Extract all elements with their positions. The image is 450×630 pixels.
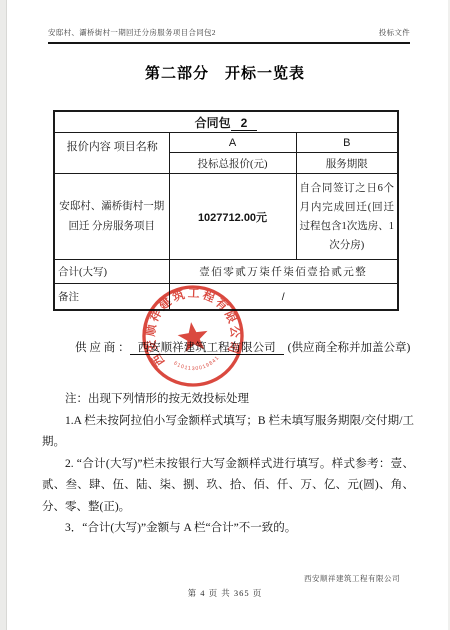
seal-number-text: 6101130019841 bbox=[172, 354, 222, 375]
total-label-cell: 合计(大写) bbox=[54, 260, 169, 284]
supplier-note: (供应商全称并加盖公章) bbox=[288, 342, 411, 354]
remark-label-cell: 备注 bbox=[54, 284, 169, 311]
table-row-package: 合同包2 bbox=[54, 111, 398, 133]
svg-text:6101130019841: 6101130019841 bbox=[172, 354, 222, 375]
column-a-subheader: 投标总报价(元) bbox=[169, 153, 296, 174]
notes-section: 注：出现下列情形的按无效投标处理 1.A 栏未按阿拉伯小写金额样式填写；B 栏未… bbox=[42, 389, 414, 540]
supplier-name: 西安顺祥建筑工程有限公司 bbox=[130, 342, 284, 355]
supplier-label: 供 应 商 ： bbox=[75, 342, 130, 354]
project-name-cell: 安邸村、灞桥街村一期回迁 分房服务项目 bbox=[54, 174, 169, 260]
document-header: 安邸村、灞桥街村一期回迁分房服务项目合同包2 投标文件 bbox=[48, 27, 410, 44]
column-a-header: A bbox=[169, 133, 296, 153]
note-item-3: 3．“合计(大写)”金额与 A 栏“合计”不一致的。 bbox=[42, 518, 414, 540]
total-value-cell: 壹佰零贰万柒仟柒佰壹拾贰元整 bbox=[169, 260, 398, 284]
row-header-quote-content: 报价内容 项目名称 bbox=[54, 133, 169, 174]
table-row-remark: 备注 / bbox=[54, 284, 398, 311]
service-period-cell: 自合同签订之日6个月内完成回迁(回迁过程包含1次选房、1次分房) bbox=[296, 174, 398, 260]
header-project-title: 安邸村、灞桥街村一期回迁分房服务项目合同包2 bbox=[48, 27, 216, 38]
footer-page-number: 第 4 页 共 365 页 bbox=[0, 587, 450, 599]
note-item-2: 2. “合计(大写)”栏未按银行大写金额样式进行填写。样式参考：壹、贰、叁、肆、… bbox=[42, 454, 414, 519]
table-row-total: 合计(大写) 壹佰零贰万柒仟柒佰壹拾贰元整 bbox=[54, 260, 398, 284]
package-label: 合同包 bbox=[195, 116, 231, 130]
bid-price-cell: 1027712.00元 bbox=[169, 174, 296, 260]
page-edge-shadow bbox=[0, 0, 7, 630]
note-item-1: 1.A 栏未按阿拉伯小写金额样式填写；B 栏未填写服务期限/交付期/工期。 bbox=[42, 411, 414, 454]
footer-company-name: 西安顺祥建筑工程有限公司 bbox=[304, 573, 400, 584]
supplier-line: 供 应 商 ：西安顺祥建筑工程有限公司(供应商全称并加盖公章) bbox=[75, 339, 410, 355]
column-b-subheader: 服务期限 bbox=[296, 153, 398, 174]
package-number: 2 bbox=[231, 116, 258, 131]
note-intro: 注：出现下列情形的按无效投标处理 bbox=[42, 389, 414, 411]
table-row-project: 安邸村、灞桥街村一期回迁 分房服务项目 1027712.00元 自合同签订之日6… bbox=[54, 174, 398, 260]
package-cell: 合同包2 bbox=[54, 111, 398, 133]
page-title: 第二部分 开标一览表 bbox=[0, 62, 450, 83]
bid-opening-table: 合同包2 报价内容 项目名称 A B 投标总报价(元) 服务期限 安邸村、灞桥街… bbox=[53, 110, 399, 311]
remark-value-cell: / bbox=[169, 284, 398, 311]
table-row-columns: 报价内容 项目名称 A B bbox=[54, 133, 398, 153]
column-b-header: B bbox=[296, 133, 398, 153]
header-doc-type: 投标文件 bbox=[379, 27, 410, 38]
